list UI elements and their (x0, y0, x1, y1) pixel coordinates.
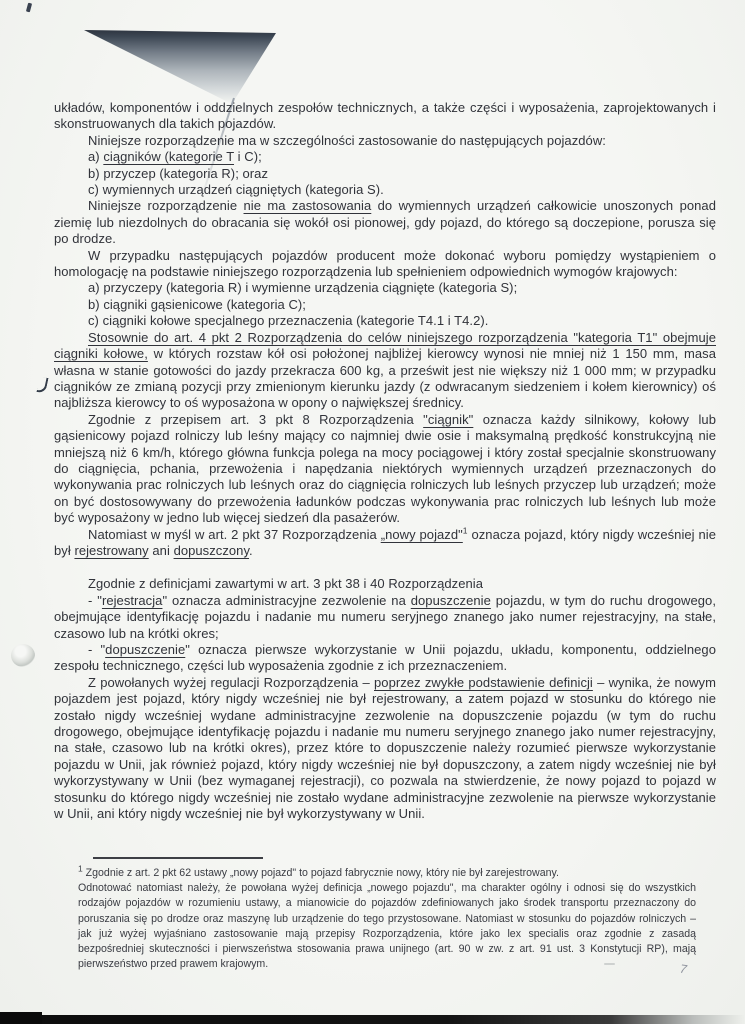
scan-smudge-dash (604, 963, 615, 965)
underlined-text: „nowy pojazd" (381, 527, 463, 542)
text-segment: . (249, 543, 253, 558)
footnote-separator-line (93, 857, 263, 859)
underlined-text: dopuszczony (174, 543, 249, 558)
paragraph: W przypadku następujących pojazdów produ… (54, 248, 716, 281)
text-segment: oznacza każdy silnikowy, kołowy lub gąsi… (54, 412, 716, 525)
text-segment: a) (88, 149, 103, 164)
underlined-text: rejestrowany (74, 543, 148, 558)
paragraph: Odnotować natomiast należy, że powołana … (78, 881, 696, 972)
scanned-document-page: układów, komponentów i oddzielnych zespo… (0, 0, 745, 1024)
text-segment: Natomiast w myśl w art. 2 pkt 37 Rozporz… (88, 527, 381, 542)
text-segment: - " (88, 593, 102, 608)
paragraph: - "dopuszczenie" oznacza pierwsze wykorz… (54, 642, 716, 675)
text-segment: i C); (234, 149, 262, 164)
list-item: c) wymiennych urządzeń ciągniętych (kate… (88, 182, 716, 198)
text-segment: układów, komponentów i oddzielnych zespo… (54, 100, 716, 131)
paragraph: Z powołanych wyżej regulacji Rozporządze… (54, 675, 716, 823)
list-item: b) ciągniki gąsienicowe (kategoria C); (88, 297, 716, 313)
list-item: b) przyczep (kategoria R); oraz (88, 166, 716, 182)
text-segment: ani (149, 543, 174, 558)
text-segment: Zgodnie z przepisem art. 3 pkt 8 Rozporz… (88, 412, 423, 427)
text-segment: Zgodnie z definicjami zawartymi w art. 3… (88, 576, 483, 591)
text-segment: c) wymiennych urządzeń ciągniętych (kate… (88, 182, 384, 197)
paragraph: układów, komponentów i oddzielnych zespo… (54, 100, 716, 133)
paragraph-spacer (54, 559, 716, 576)
underlined-text: dopuszczenie (105, 642, 185, 657)
text-segment: b) ciągniki gąsienicowe (kategoria C); (88, 297, 306, 312)
text-segment: Niniejsze rozporządzenie (88, 198, 244, 213)
text-segment: W przypadku następujących pojazdów produ… (54, 248, 716, 279)
paragraph: Stosownie do art. 4 pkt 2 Rozporządzenia… (54, 330, 716, 412)
underlined-text: nie ma zastosowania (244, 198, 372, 213)
underlined-text: rejestracja (102, 593, 163, 608)
paragraph: Natomiast w myśl w art. 2 pkt 37 Rozporz… (54, 527, 716, 560)
scan-edge-bar-corner (0, 1012, 42, 1024)
text-segment: Zgodnie z art. 2 pkt 62 ustawy „nowy poj… (83, 867, 559, 879)
document-body: układów, komponentów i oddzielnych zespo… (54, 100, 716, 822)
underlined-text: dopuszczenie (411, 593, 491, 608)
margin-smudge-circle (11, 644, 35, 667)
list-item: c) ciągniki kołowe specjalnego przeznacz… (88, 313, 716, 329)
paragraph: 1 Zgodnie z art. 2 pkt 62 ustawy „nowy p… (78, 866, 696, 881)
scan-corner-fold-artifact (84, 30, 276, 104)
text-segment: c) ciągniki kołowe specjalnego przeznacz… (88, 313, 488, 328)
list-item: a) ciągników (kategorie T i C); (88, 149, 716, 165)
paragraph: Niniejsze rozporządzenie ma w szczególno… (54, 133, 716, 149)
footnote: 1 Zgodnie z art. 2 pkt 62 ustawy „nowy p… (78, 866, 696, 972)
scan-edge-bar (0, 1015, 745, 1024)
text-segment: Z powołanych wyżej regulacji Rozporządze… (88, 675, 374, 690)
page-number: 7 (679, 962, 688, 977)
text-segment: – wynika, że nowym pojazdem jest pojazd,… (54, 675, 716, 821)
paragraph: - "rejestracja" oznacza administracyjne … (54, 593, 716, 642)
text-segment: w których rozstaw kół osi położonej najb… (54, 346, 716, 410)
paragraph: Zgodnie z przepisem art. 3 pkt 8 Rozporz… (54, 412, 716, 527)
margin-pen-mark (36, 376, 48, 394)
text-segment: " oznacza administracyjne zezwolenie na (162, 593, 410, 608)
paragraph: Zgodnie z definicjami zawartymi w art. 3… (54, 576, 716, 592)
list-item: a) przyczepy (kategoria R) i wymienne ur… (88, 280, 716, 296)
underlined-text: poprzez zwykłe podstawienie definicji (374, 675, 593, 690)
text-segment: - " (88, 642, 105, 657)
scan-speck-artifact (26, 3, 32, 13)
text-segment: Niniejsze rozporządzenie ma w szczególno… (88, 133, 606, 148)
underlined-text: "ciągnik" (423, 412, 473, 427)
text-segment: b) przyczep (kategoria R); oraz (88, 166, 268, 181)
text-segment: Odnotować natomiast należy, że powołana … (78, 882, 696, 970)
paragraph: Niniejsze rozporządzenie nie ma zastosow… (54, 198, 716, 247)
text-segment: a) przyczepy (kategoria R) i wymienne ur… (88, 280, 517, 295)
underlined-text: ciągników (kategorie T (103, 149, 234, 164)
